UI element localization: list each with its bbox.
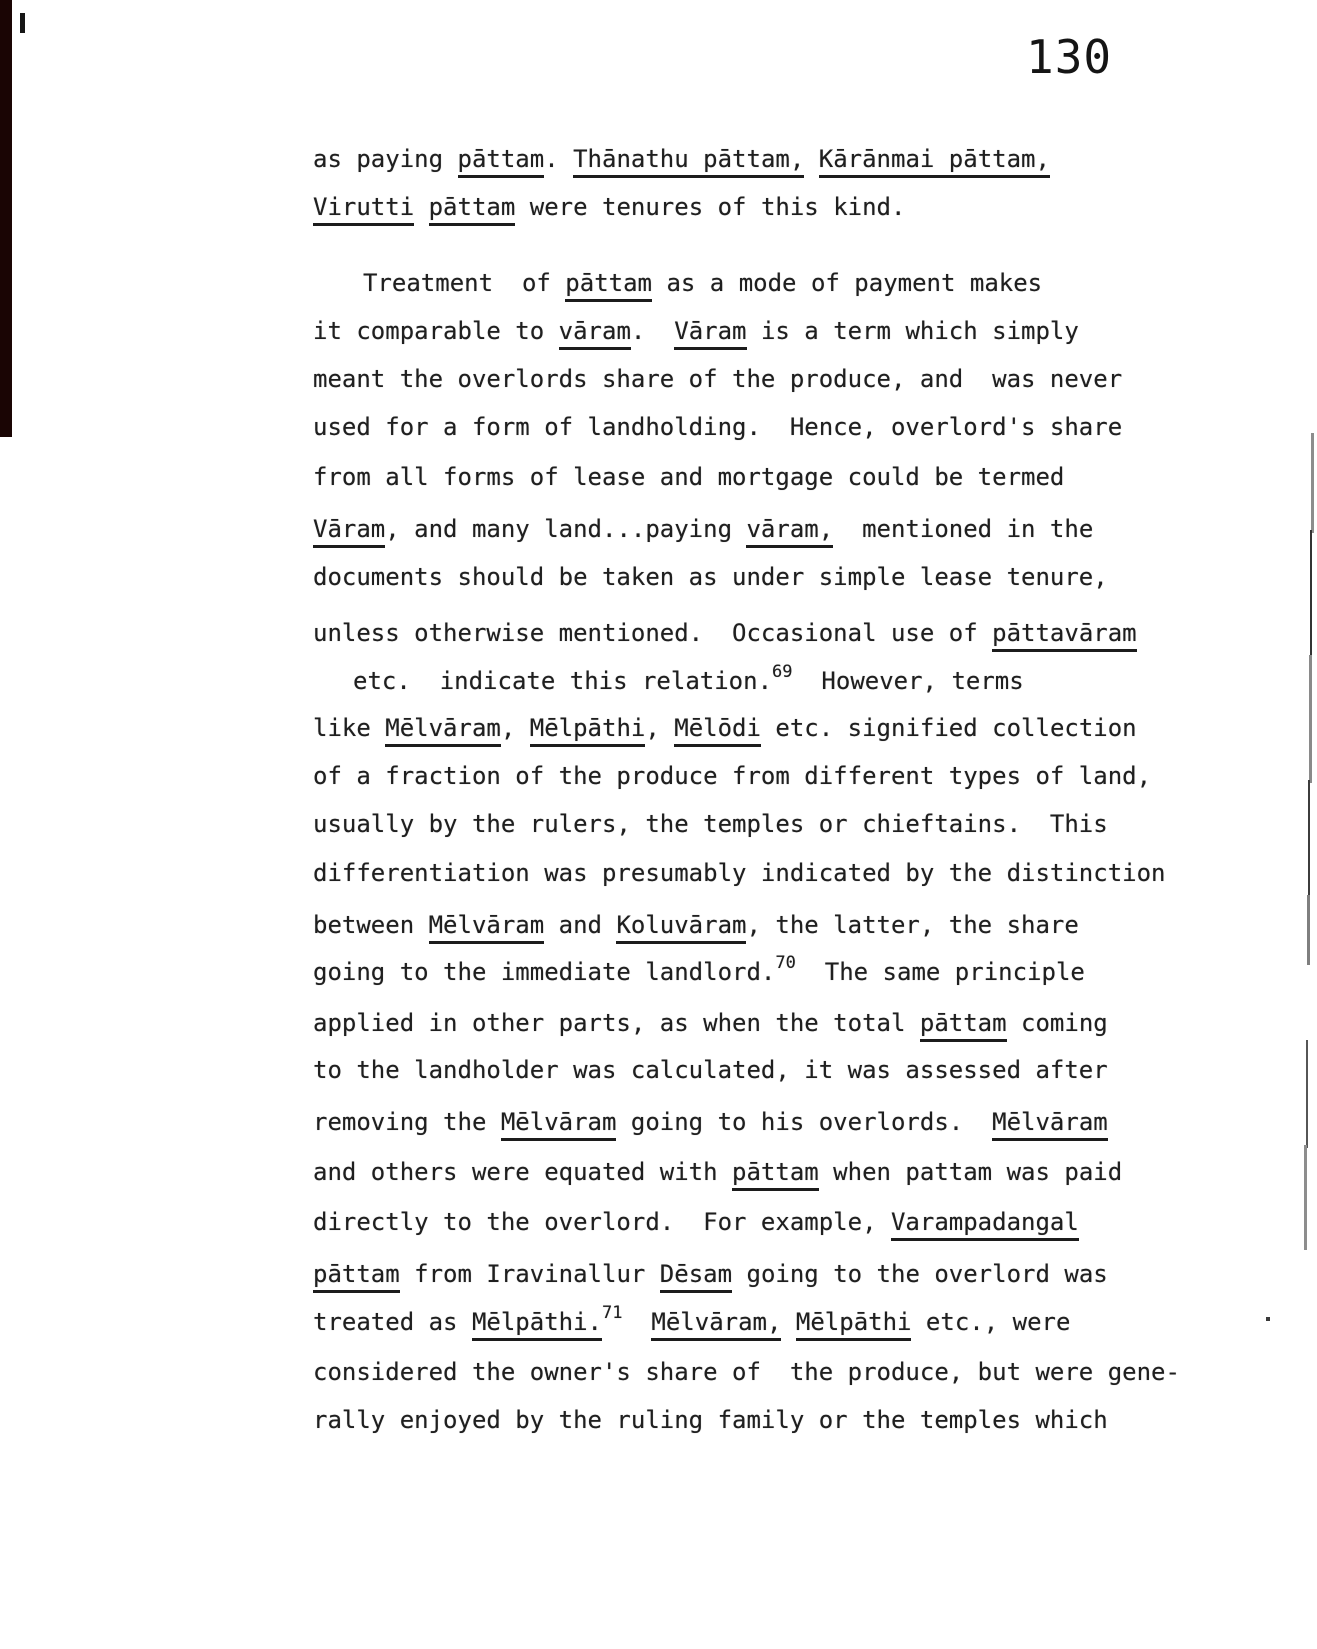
- text-line: documents should be taken as under simpl…: [313, 565, 1108, 589]
- text-segment: going to the overlord was: [732, 1260, 1108, 1288]
- text-segment: as paying: [313, 145, 458, 173]
- underlined-term: pāttam: [565, 269, 652, 302]
- text-line: Treatment of pāttam as a mode of payment…: [363, 271, 1042, 295]
- text-segment: documents should be taken as under simpl…: [313, 563, 1108, 591]
- text-segment: of a fraction of the produce from differ…: [313, 762, 1151, 790]
- text-line: unless otherwise mentioned. Occasional u…: [313, 621, 1137, 645]
- text-line: meant the overlords share of the produce…: [313, 367, 1122, 391]
- text-segment: it comparable to: [313, 317, 559, 345]
- text-segment: between: [313, 911, 429, 939]
- text-segment: etc. signified collection: [761, 714, 1137, 742]
- underlined-term: Mēlvāram: [501, 1108, 617, 1141]
- text-line: between Mēlvāram and Koluvāram, the latt…: [313, 913, 1079, 937]
- text-segment: coming: [1007, 1009, 1108, 1037]
- text-segment: ,: [501, 714, 530, 742]
- text-line: and others were equated with pāttam when…: [313, 1160, 1122, 1184]
- text-segment: and: [544, 911, 616, 939]
- text-line: it comparable to vāram. Vāram is a term …: [313, 319, 1079, 343]
- scan-artifact-right-line: [1307, 895, 1310, 965]
- text-segment: unless otherwise mentioned. Occasional u…: [313, 619, 992, 647]
- text-segment: used for a form of landholding. Hence, o…: [313, 413, 1122, 441]
- document-page: 130 as paying pāttam. Thānathu pāttam, K…: [0, 0, 1317, 1649]
- scan-artifact-right-line: [1308, 780, 1310, 898]
- underlined-term: Mēlvāram: [385, 714, 501, 747]
- scan-artifact-tick-mark: [20, 13, 25, 33]
- text-line: applied in other parts, as when the tota…: [313, 1011, 1108, 1035]
- text-segment: and others were equated with: [313, 1158, 732, 1186]
- text-segment: usually by the rulers, the temples or ch…: [313, 810, 1108, 838]
- text-segment: ,: [645, 714, 674, 742]
- text-segment: from all forms of lease and mortgage cou…: [313, 463, 1064, 491]
- underlined-term: vāram,: [746, 515, 833, 548]
- scan-artifact-right-line: [1310, 530, 1312, 658]
- scan-artifact-right-line: [1304, 1145, 1307, 1250]
- text-segment: , the latter, the share: [746, 911, 1078, 939]
- underlined-term: pāttam: [313, 1260, 400, 1293]
- text-segment: to the landholder was calculated, it was…: [313, 1056, 1108, 1084]
- underlined-term: pāttam: [458, 145, 545, 178]
- underlined-term: Virutti: [313, 193, 414, 226]
- text-segment: [414, 193, 428, 221]
- text-line: of a fraction of the produce from differ…: [313, 764, 1151, 788]
- text-line: from all forms of lease and mortgage cou…: [313, 465, 1064, 489]
- text-segment: [622, 1308, 651, 1336]
- text-segment: from Iravinallur: [400, 1260, 660, 1288]
- text-line: considered the owner's share of the prod…: [313, 1360, 1180, 1384]
- text-segment: The same principle: [796, 958, 1085, 986]
- underlined-term: Mēlvāram: [429, 911, 545, 944]
- underlined-term: Mēlpāthi: [796, 1308, 912, 1341]
- underlined-term: pāttam: [920, 1009, 1007, 1042]
- underlined-term: Mēlpāthi.: [472, 1308, 602, 1341]
- underlined-term: Mēlvāram: [992, 1108, 1108, 1141]
- text-segment: as a mode of payment makes: [652, 269, 1042, 297]
- text-segment: directly to the overlord. For example,: [313, 1208, 891, 1236]
- text-line: rally enjoyed by the ruling family or th…: [313, 1408, 1108, 1432]
- text-segment: [781, 1308, 795, 1336]
- text-line: used for a form of landholding. Hence, o…: [313, 415, 1122, 439]
- text-segment: rally enjoyed by the ruling family or th…: [313, 1406, 1108, 1434]
- text-line: going to the immediate landlord.70 The s…: [313, 960, 1085, 984]
- text-segment: , and many land...paying: [385, 515, 746, 543]
- text-segment: differentiation was presumably indicated…: [313, 859, 1166, 887]
- underlined-term: pāttavāram: [992, 619, 1137, 652]
- text-segment: .: [631, 317, 674, 345]
- text-segment: removing the: [313, 1108, 501, 1136]
- text-segment: Treatment of: [363, 269, 565, 297]
- text-segment: were tenures of this kind.: [515, 193, 905, 221]
- text-line: directly to the overlord. For example, V…: [313, 1210, 1079, 1234]
- page-number: 130: [1026, 34, 1112, 80]
- text-segment: [804, 145, 818, 173]
- text-segment: mentioned in the: [833, 515, 1093, 543]
- text-line: pāttam from Iravinallur Dēsam going to t…: [313, 1262, 1108, 1286]
- text-line: etc. indicate this relation.69 However, …: [353, 669, 1024, 693]
- text-segment: meant the overlords share of the produce…: [313, 365, 1122, 393]
- text-segment: applied in other parts, as when the tota…: [313, 1009, 920, 1037]
- footnote-ref: 71: [602, 1303, 622, 1323]
- text-line: usually by the rulers, the temples or ch…: [313, 812, 1108, 836]
- underlined-term: Kārānmai pāttam,: [819, 145, 1050, 178]
- scan-artifact-left-bar: [0, 0, 12, 437]
- text-segment: treated as: [313, 1308, 472, 1336]
- footnote-ref: 70: [775, 953, 795, 973]
- underlined-term: Varampadangal: [891, 1208, 1079, 1241]
- text-segment: etc., were: [911, 1308, 1070, 1336]
- text-line: to the landholder was calculated, it was…: [313, 1058, 1108, 1082]
- text-segment: etc. indicate this relation.: [353, 667, 772, 695]
- scan-artifact-dot: [1266, 1317, 1270, 1321]
- underlined-term: vāram: [559, 317, 631, 350]
- underlined-term: Mēlvāram,: [651, 1308, 781, 1341]
- text-segment: like: [313, 714, 385, 742]
- text-segment: going to his overlords.: [616, 1108, 992, 1136]
- text-line: treated as Mēlpāthi.71 Mēlvāram, Mēlpāth…: [313, 1310, 1070, 1334]
- text-segment: .: [544, 145, 573, 173]
- underlined-term: pāttam: [429, 193, 516, 226]
- underlined-term: Mēlpāthi: [530, 714, 646, 747]
- scan-artifact-right-line: [1311, 433, 1314, 533]
- text-line: Vāram, and many land...paying vāram, men…: [313, 517, 1093, 541]
- text-line: Virutti pāttam were tenures of this kind…: [313, 195, 905, 219]
- underlined-term: Thānathu pāttam,: [573, 145, 804, 178]
- scan-artifact-right-line: [1306, 1040, 1308, 1148]
- text-line: removing the Mēlvāram going to his overl…: [313, 1110, 1108, 1134]
- text-segment: However, terms: [793, 667, 1024, 695]
- text-line: as paying pāttam. Thānathu pāttam, Kārān…: [313, 147, 1050, 171]
- text-segment: going to the immediate landlord.: [313, 958, 775, 986]
- text-line: like Mēlvāram, Mēlpāthi, Mēlōdi etc. sig…: [313, 716, 1137, 740]
- underlined-term: Dēsam: [660, 1260, 732, 1293]
- underlined-term: Vāram: [313, 515, 385, 548]
- text-segment: is a term which simply: [747, 317, 1079, 345]
- scan-artifact-right-line: [1309, 655, 1312, 783]
- text-line: differentiation was presumably indicated…: [313, 861, 1166, 885]
- text-segment: when pattam was paid: [819, 1158, 1122, 1186]
- underlined-term: pāttam: [732, 1158, 819, 1191]
- underlined-term: Mēlōdi: [674, 714, 761, 747]
- footnote-ref: 69: [772, 662, 792, 682]
- text-segment: considered the owner's share of the prod…: [313, 1358, 1180, 1386]
- underlined-term: Vāram: [674, 317, 746, 350]
- underlined-term: Koluvāram: [616, 911, 746, 944]
